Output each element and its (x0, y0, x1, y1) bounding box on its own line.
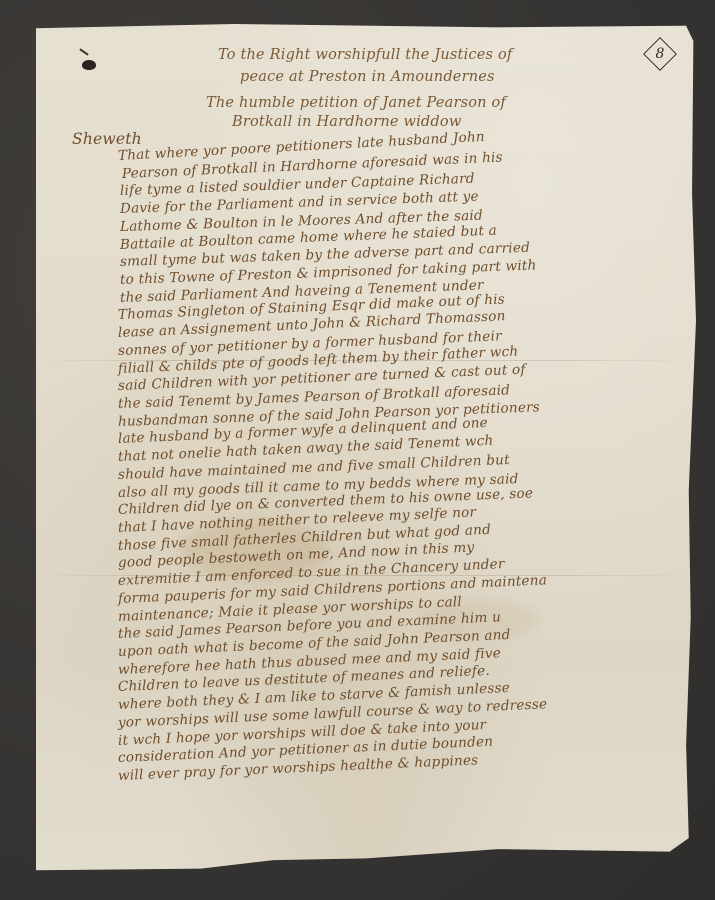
ink-blot (82, 60, 96, 70)
folio-number: 8 (648, 42, 672, 66)
salutation: Sheweth (72, 130, 142, 148)
address-line-1: To the Right worshipfull the Justices of (218, 47, 512, 63)
title-line-1: The humble petition of Janet Pearson of (206, 95, 506, 111)
address-line-2: peace at Preston in Amoundernes (240, 69, 495, 85)
title-line-2: Brotkall in Hardhorne widdow (232, 114, 461, 130)
